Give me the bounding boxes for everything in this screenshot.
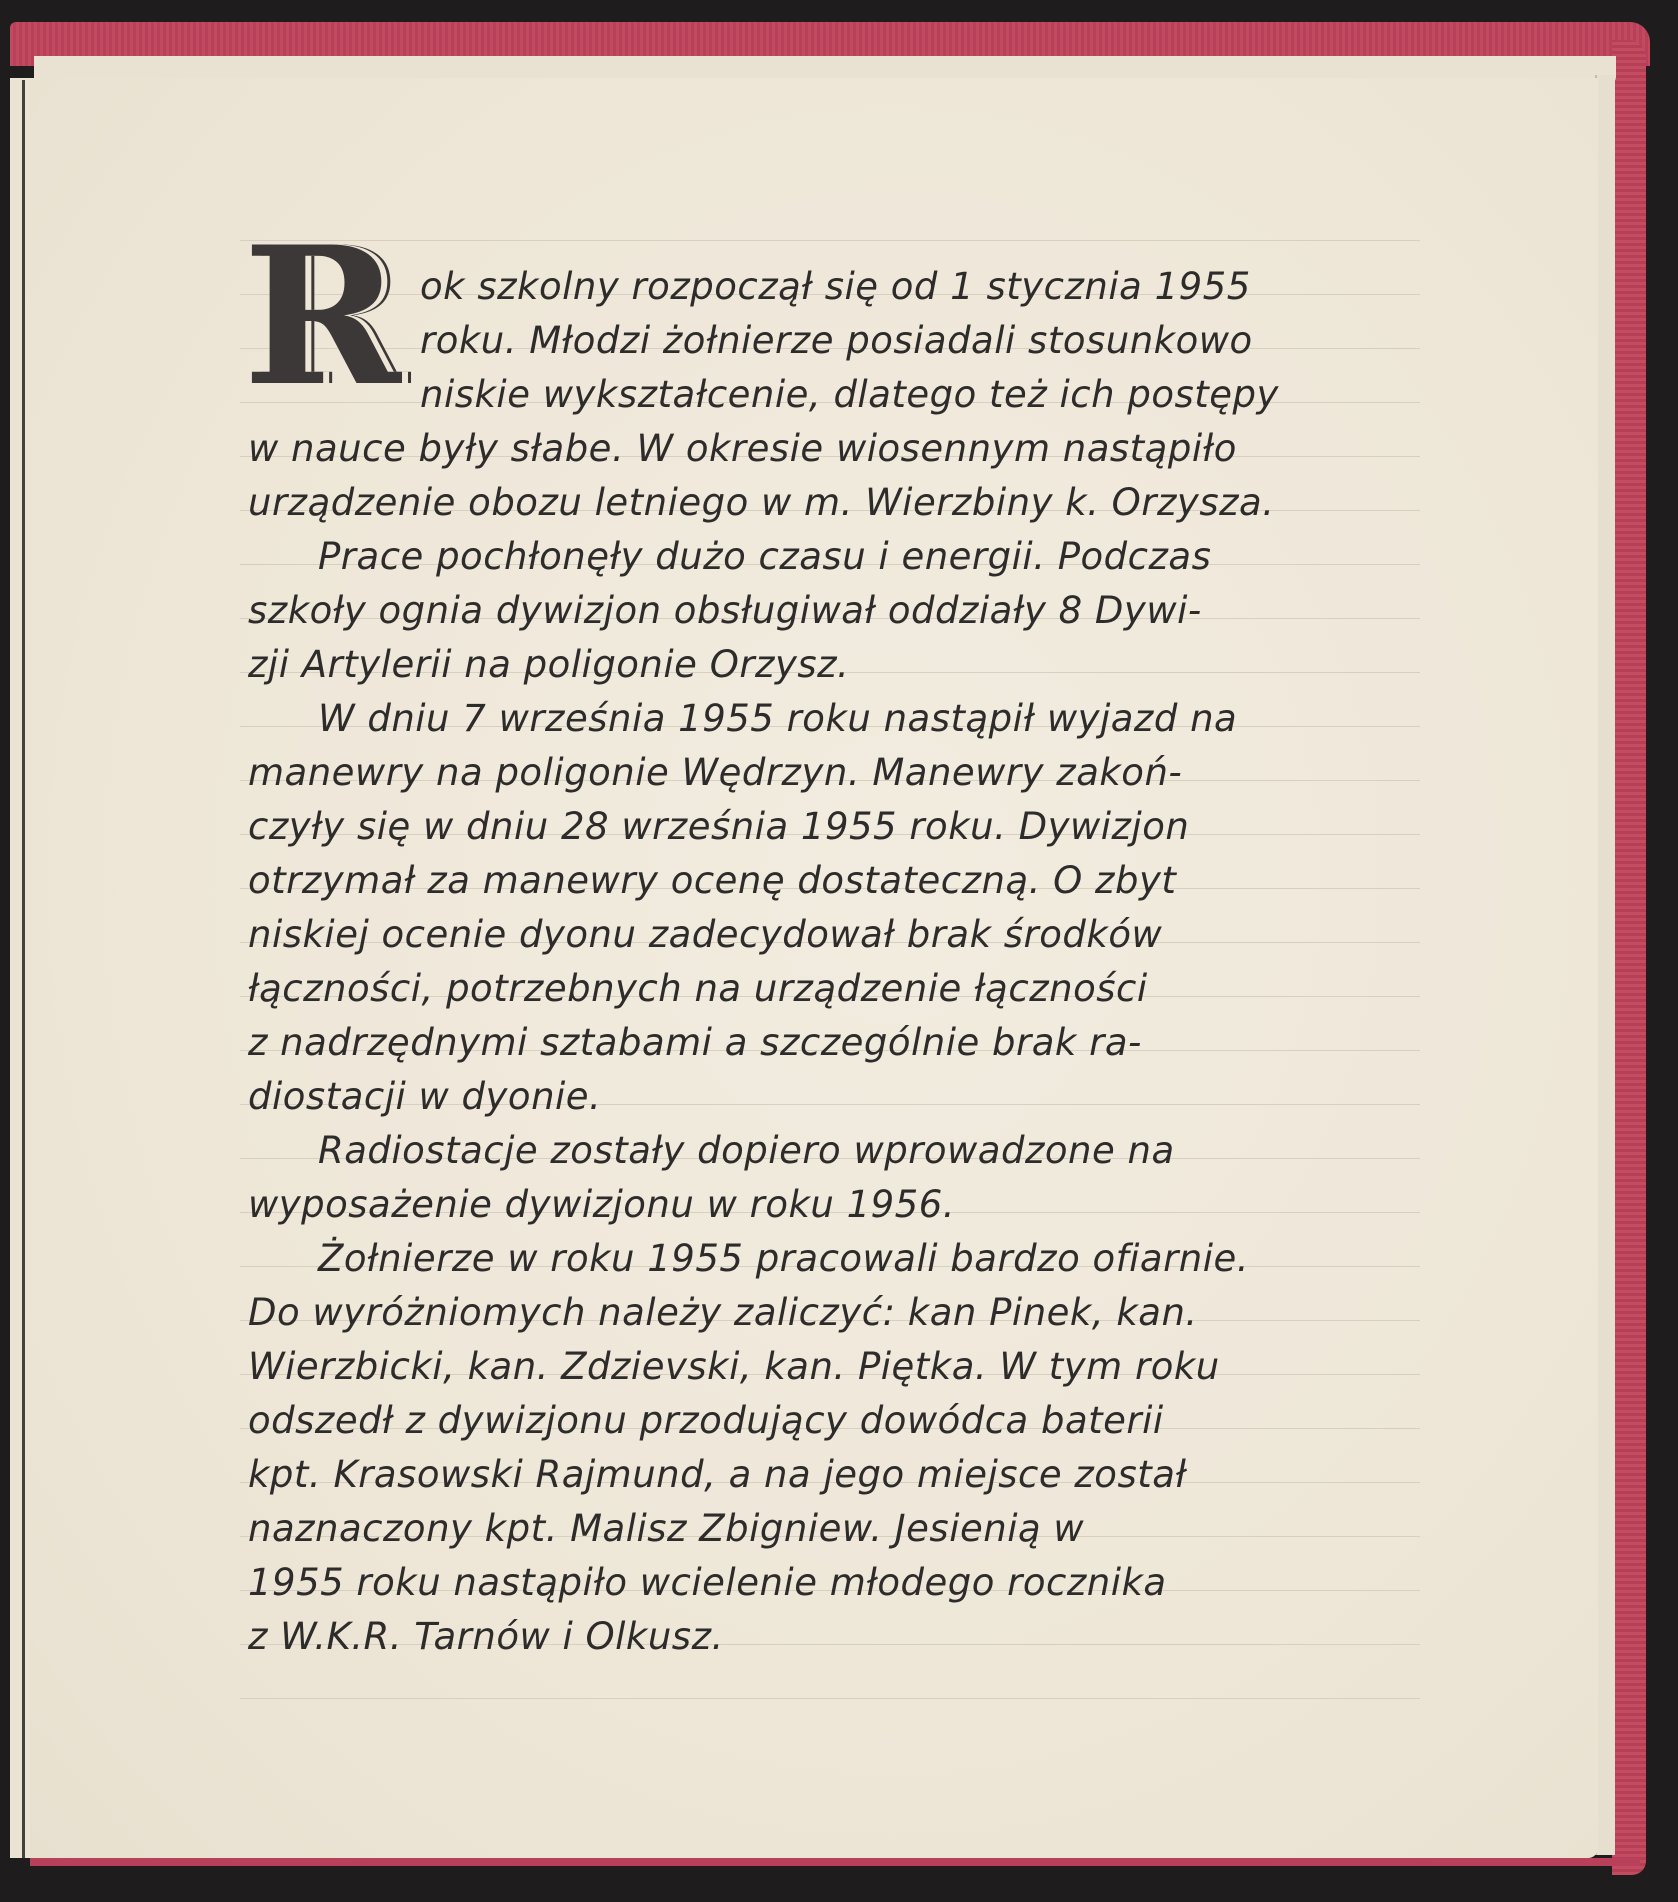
text-line: kpt. Krasowski Rajmund, a na jego miejsc… — [248, 1453, 1187, 1496]
text-line: czyły się w dniu 28 września 1955 roku. … — [248, 805, 1189, 848]
text-line: Prace pochłonęły dużo czasu i energii. P… — [318, 535, 1211, 578]
text-line: otrzymał za manewry ocenę dostateczną. O… — [248, 859, 1176, 902]
text-line: z W.K.R. Tarnów i Olkusz. — [248, 1615, 724, 1658]
text-line: odszedł z dywizjonu przodujący dowódca b… — [248, 1399, 1164, 1442]
text-line: z nadrzędnymi sztabami a szczególnie bra… — [248, 1021, 1142, 1064]
text-line: 1955 roku nastąpiło wcielenie młodego ro… — [248, 1561, 1167, 1604]
text-line: naznaczony kpt. Malisz Zbigniew. Jesieni… — [248, 1507, 1084, 1550]
text-line: W dniu 7 września 1955 roku nastąpił wyj… — [318, 697, 1237, 740]
text-line: Żołnierze w roku 1955 pracowali bardzo o… — [318, 1237, 1249, 1280]
text-line: niskie wykształcenie, dlatego też ich po… — [420, 373, 1279, 416]
text-line: wyposażenie dywizjonu w roku 1956. — [248, 1183, 955, 1226]
text-line: roku. Młodzi żołnierze posiadali stosunk… — [420, 319, 1253, 362]
text-line: ok szkolny rozpoczął się od 1 stycznia 1… — [420, 265, 1251, 308]
text-line: manewry na poligonie Wędrzyn. Manewry za… — [248, 751, 1182, 794]
text-line: w nauce były słabe. W okresie wiosennym … — [248, 427, 1237, 470]
text-line: łączności, potrzebnych na urządzenie łąc… — [248, 967, 1148, 1010]
text-line: diostacji w dyonie. — [248, 1075, 601, 1118]
text-line: szkoły ognia dywizjon obsługiwał oddział… — [248, 589, 1202, 632]
text-line: Radiostacje zostały dopiero wprowadzone … — [318, 1129, 1175, 1172]
text-line: zji Artylerii na poligonie Orzysz. — [248, 643, 849, 686]
text-line: Do wyróżniomych należy zaliczyć: kan Pin… — [248, 1291, 1198, 1334]
handwritten-text-block: ok szkolny rozpoczął się od 1 stycznia 1… — [0, 0, 1678, 1902]
text-line: niskiej ocenie dyonu zadecydował brak śr… — [248, 913, 1162, 956]
text-line: urządzenie obozu letniego w m. Wierzbiny… — [248, 481, 1274, 524]
text-line: Wierzbicki, kan. Zdzievski, kan. Piętka.… — [248, 1345, 1220, 1388]
